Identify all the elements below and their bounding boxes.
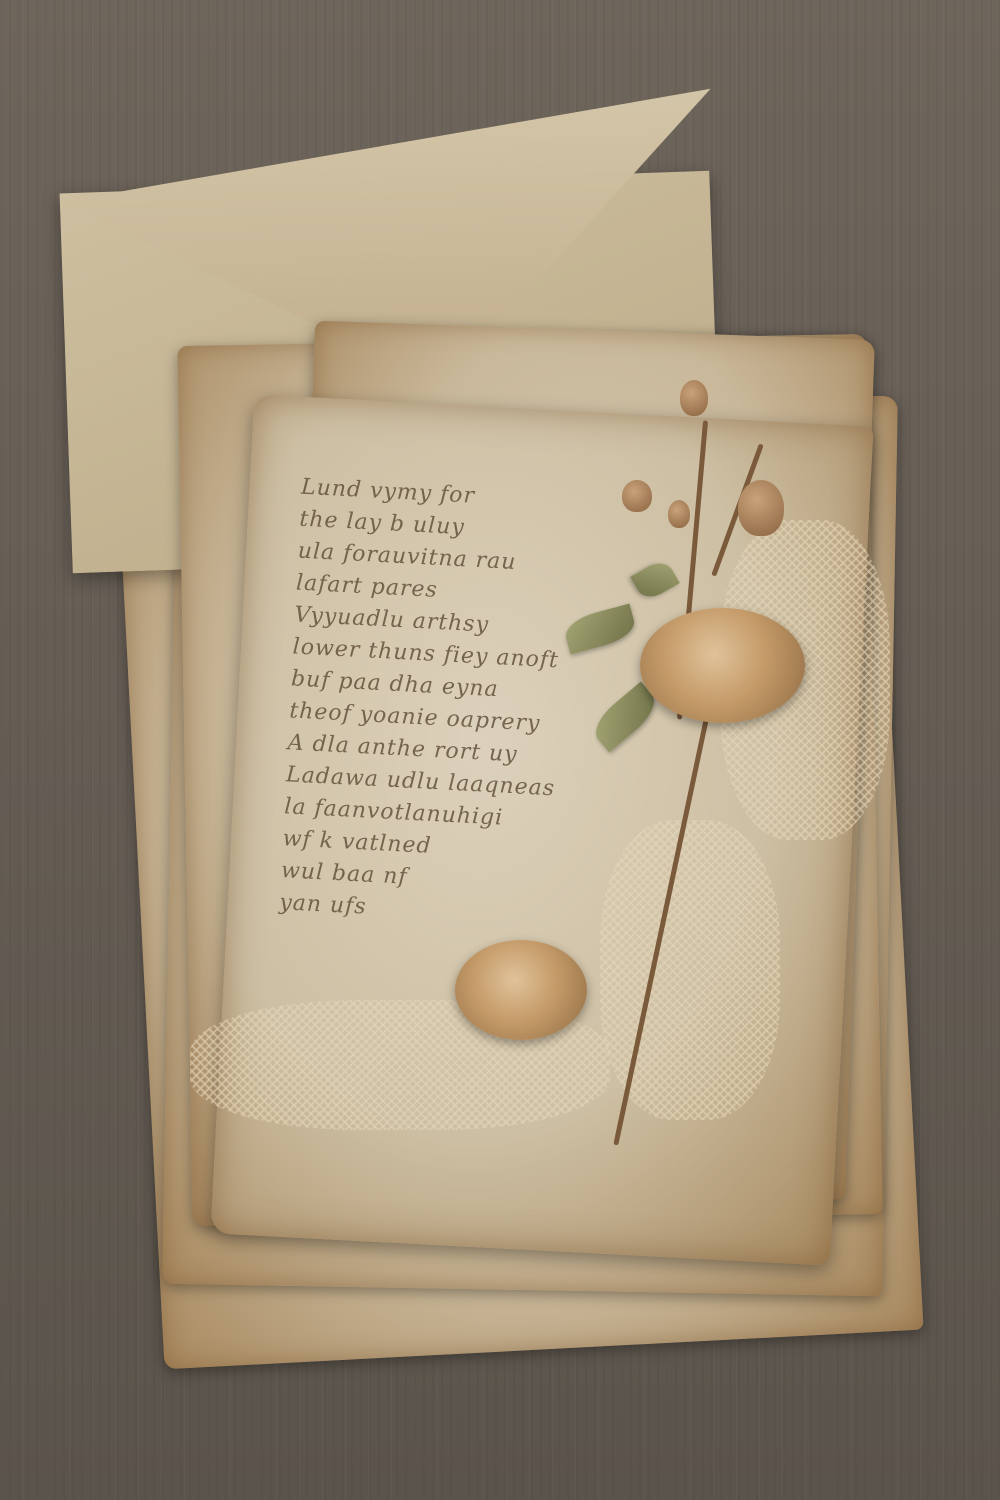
still-life-scene: Lund vymy for the lay b uluy ula forauvi… [0,0,1000,1500]
rosebud-icon [738,480,784,536]
dried-rose-large [640,608,805,723]
rosebud-icon [668,500,690,528]
dried-rose-small [455,940,587,1040]
handwritten-script: Lund vymy for the lay b uluy ula forauvi… [279,472,632,937]
rosebud-icon [680,380,708,416]
rosebud-icon [622,480,652,512]
